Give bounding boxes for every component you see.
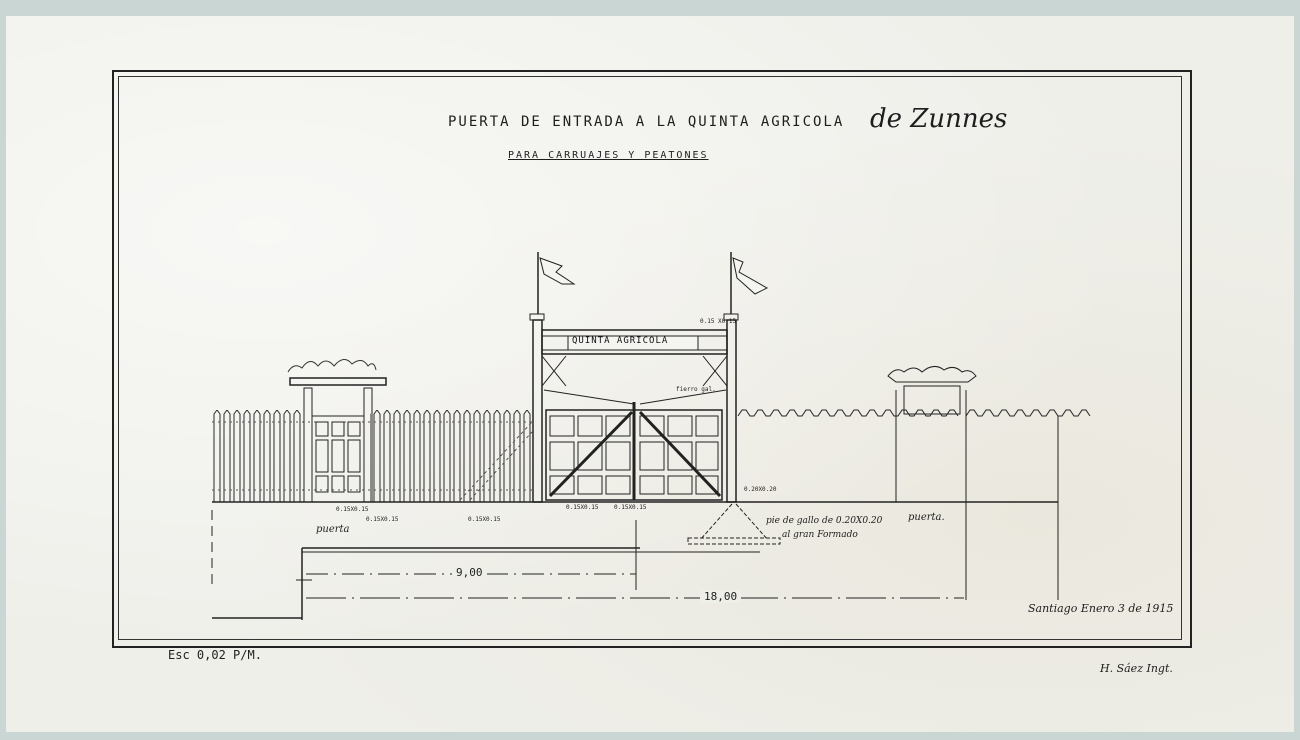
annotation-post-small: 0.15X0.15 bbox=[468, 516, 501, 523]
drawing-subtitle: PARA CARRUAJES Y PEATONES bbox=[508, 150, 709, 161]
drawing-title: PUERTA DE ENTRADA A LA QUINTA AGRICOLA bbox=[448, 114, 844, 130]
drawing-title-handwritten: de Zunnes bbox=[870, 104, 1007, 134]
annotation-cable: fierro gal. bbox=[676, 386, 716, 393]
annotation-puerta-right: puerta. bbox=[908, 512, 945, 523]
annotation-post-base: 0.15X0.15 bbox=[366, 516, 399, 523]
drawing-date: Santiago Enero 3 de 1915 bbox=[1028, 602, 1173, 615]
annotation-gate-post-2: 0.15X0.15 bbox=[614, 504, 647, 511]
crenellated-wall bbox=[738, 366, 1090, 600]
annotation-pie-de-gallo-2: al gran Formado bbox=[782, 530, 858, 540]
drawing-scale: Esc 0,02 P/M. bbox=[168, 648, 262, 662]
annotation-gate-post-right: 0.20X0.20 bbox=[744, 486, 777, 493]
dimension-short: 9,00 bbox=[452, 566, 487, 579]
gate-sign: QUINTA AGRICOLA bbox=[572, 336, 668, 346]
flag-left bbox=[540, 258, 574, 284]
gate-elevation-drawing bbox=[0, 0, 1300, 740]
carriage-gate bbox=[530, 252, 780, 544]
annotation-puerta-left: puerta bbox=[316, 524, 350, 535]
annotation-post-dim: 0.15X0.15 bbox=[336, 506, 369, 513]
flag-right bbox=[733, 258, 767, 294]
signature: H. Sáez Ingt. bbox=[1100, 662, 1173, 675]
annotation-top: 0.15 X0.15 bbox=[700, 318, 736, 325]
annotation-pie-de-gallo: pie de gallo de 0.20X0.20 bbox=[766, 516, 882, 526]
dimension-long: 18,00 bbox=[700, 590, 741, 603]
annotation-gate-post-1: 0.15X0.15 bbox=[566, 504, 599, 511]
